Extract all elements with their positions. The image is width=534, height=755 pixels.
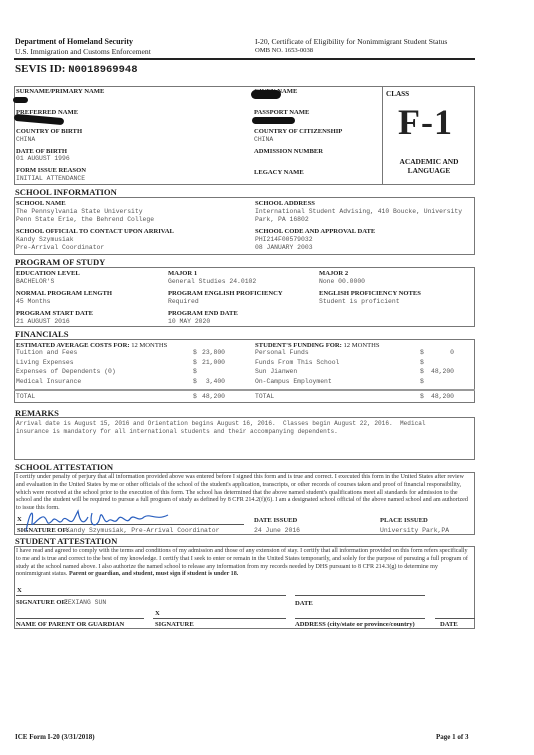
- major1-label: MAJOR 1: [168, 270, 197, 278]
- school-information-heading: SCHOOL INFORMATION: [15, 187, 117, 197]
- major2: None 00.0000: [319, 278, 365, 285]
- surname-label: SURNAME/PRIMARY NAME: [16, 88, 104, 96]
- education-level: BACHELOR'S: [16, 278, 54, 285]
- funding-label: STUDENT'S FUNDING FOR:: [255, 342, 342, 349]
- sub-agency-name: U.S. Immigration and Customs Enforcement: [15, 47, 151, 56]
- english-notes: Student is proficient: [319, 298, 400, 305]
- admission-number-label: ADMISSION NUMBER: [254, 148, 323, 156]
- program-length-label: NORMAL PROGRAM LENGTH: [16, 290, 112, 298]
- parent-address-label: ADDRESS (city/state or province/country): [295, 621, 415, 629]
- costs-label: ESTIMATED AVERAGE COSTS FOR:: [16, 342, 130, 349]
- major2-label: MAJOR 2: [319, 270, 348, 278]
- school-name-label: SCHOOL NAME: [16, 200, 66, 208]
- country-of-citizenship: CHINA: [254, 136, 273, 143]
- student-sign-x: X: [17, 587, 22, 595]
- date-of-birth: 01 AUGUST 1996: [16, 155, 70, 162]
- cost-item: Living Expenses: [16, 359, 74, 366]
- cost-item: Expenses of Dependents (0): [16, 368, 116, 375]
- funding-amount: 48,200: [427, 368, 454, 375]
- country-of-birth: CHINA: [16, 136, 35, 143]
- agency-name: Department of Homeland Security: [15, 37, 133, 46]
- school-official-title: Pre-Arrival Coordinator: [16, 244, 104, 251]
- student-signature-line[interactable]: [16, 595, 286, 596]
- form-issue-reason: INITIAL ATTENDANCE: [16, 175, 85, 182]
- redaction-surname: [13, 97, 28, 103]
- funding-currency: $: [420, 349, 424, 356]
- country-of-birth-label: COUNTRY OF BIRTH: [16, 128, 82, 136]
- funding-item: Personal Funds: [255, 349, 309, 356]
- funding-period: 12 MONTHS: [343, 342, 379, 349]
- parent-date-line[interactable]: [435, 618, 475, 619]
- student-signatory: ZEXIANG SUN: [64, 599, 106, 606]
- omb-number: OMB NO. 1653-0038: [255, 47, 313, 54]
- funding-item: Funds From This School: [255, 359, 339, 366]
- costs-total-currency: $: [193, 393, 197, 400]
- english-proficiency-label: PROGRAM ENGLISH PROFICIENCY: [168, 290, 283, 298]
- place-issued: University Park,PA: [380, 527, 449, 534]
- parent-date-label: DATE: [440, 621, 458, 629]
- student-date-line[interactable]: [295, 595, 425, 596]
- legacy-name-label: LEGACY NAME: [254, 169, 304, 177]
- program-end: 10 MAY 2020: [168, 318, 210, 325]
- form-identifier: ICE Form I-20 (3/31/2018): [15, 733, 95, 741]
- cost-amount: 21,000: [200, 359, 225, 366]
- form-title: I-20, Certificate of Eligibility for Non…: [255, 37, 447, 46]
- cost-amount: 3,400: [200, 378, 225, 385]
- cost-currency: $: [193, 359, 197, 366]
- funding-currency: $: [420, 378, 424, 385]
- student-attestation-heading: STUDENT ATTESTATION: [15, 536, 117, 546]
- funding-total: 48,200: [427, 393, 454, 400]
- remarks-line1: Arrival date is August 15, 2016 and Orie…: [16, 420, 426, 427]
- redaction-given-name: [251, 90, 281, 99]
- english-proficiency: Required: [168, 298, 199, 305]
- financials-heading: FINANCIALS: [15, 329, 68, 339]
- class-value: F-1: [398, 101, 453, 143]
- redaction-passport-name: [252, 117, 295, 124]
- program-start-label: PROGRAM START DATE: [16, 310, 93, 318]
- cost-currency: $: [193, 378, 197, 385]
- costs-period: 12 MONTHS: [131, 342, 167, 349]
- cost-item: Medical Insurance: [16, 378, 81, 385]
- costs-total: 48,200: [200, 393, 225, 400]
- school-approval-date: 08 JANUARY 2003: [255, 244, 313, 251]
- school-code: PHI214F00579032: [255, 236, 313, 243]
- date-issued: 24 June 2016: [254, 527, 300, 534]
- cost-currency: $: [193, 349, 197, 356]
- student-attestation-text: I have read and agreed to comply with th…: [16, 548, 473, 579]
- form-issue-reason-label: FORM ISSUE REASON: [16, 167, 86, 175]
- funding-currency: $: [420, 368, 424, 375]
- program-of-study-heading: PROGRAM OF STUDY: [15, 257, 105, 267]
- school-signatory: Kandy Szymusiak, Pre-Arrival Coordinator: [66, 527, 219, 534]
- date-issued-label: DATE ISSUED: [254, 517, 297, 525]
- school-address-line2: Park, PA 16802: [255, 216, 309, 223]
- cost-currency: $: [193, 368, 197, 375]
- country-of-citizenship-label: COUNTRY OF CITIZENSHIP: [254, 128, 342, 136]
- cost-amount: 23,800: [200, 349, 225, 356]
- parent-signature-line[interactable]: [153, 618, 286, 619]
- school-address-label: SCHOOL ADDRESS: [255, 200, 315, 208]
- page-number: Page 1 of 3: [436, 733, 468, 741]
- costs-total-label: TOTAL: [16, 393, 35, 400]
- sevis-label: SEVIS ID:: [15, 63, 65, 75]
- funding-item: Sun Jianwen: [255, 368, 297, 375]
- school-code-label: SCHOOL CODE AND APPROVAL DATE: [255, 228, 375, 236]
- passport-name-label: PASSPORT NAME: [254, 109, 309, 117]
- financials-total-rule: [14, 389, 475, 391]
- sevis-id-line: SEVIS ID: N0018969948: [15, 63, 138, 76]
- student-attestation-bold: Parent or guardian, and student, must si…: [69, 571, 238, 577]
- parent-name-line[interactable]: [16, 618, 144, 619]
- funding-currency: $: [420, 359, 424, 366]
- cost-item: Tuition and Fees: [16, 349, 77, 356]
- program-length: 45 Months: [16, 298, 51, 305]
- funding-item: On-Campus Employment: [255, 378, 332, 385]
- student-date-label: DATE: [295, 600, 313, 608]
- class-label: CLASS: [386, 90, 409, 98]
- parent-name-label: NAME OF PARENT OR GUARDIAN: [16, 621, 124, 629]
- english-notes-label: ENGLISH PROFICIENCY NOTES: [319, 290, 421, 298]
- school-official-name: Kandy Szymusiak: [16, 236, 74, 243]
- school-official-label: SCHOOL OFFICIAL TO CONTACT UPON ARRIVAL: [16, 228, 174, 236]
- funding-total-currency: $: [420, 393, 424, 400]
- funding-amount: 0: [427, 349, 454, 356]
- student-signature-of-label: SIGNATURE OF:: [16, 599, 68, 607]
- school-address-line1: International Student Advising, 410 Bouc…: [255, 208, 462, 215]
- school-signature-of-label: SIGNATURE OF:: [17, 527, 69, 535]
- school-name-line1: The Pennsylvania State University: [16, 208, 143, 215]
- header-rule: [14, 58, 475, 60]
- remarks-line2: insurance is mandatory for all internati…: [16, 428, 338, 435]
- parent-sign-x: X: [155, 610, 160, 618]
- major1: General Studies 24.0102: [168, 278, 256, 285]
- sevis-id: N0018969948: [68, 64, 137, 76]
- school-name-line2: Penn State Erie, the Behrend College: [16, 216, 154, 223]
- funding-total-label: TOTAL: [255, 393, 274, 400]
- class-description: ACADEMIC AND LANGUAGE: [386, 158, 472, 175]
- program-end-label: PROGRAM END DATE: [168, 310, 238, 318]
- school-attestation-heading: SCHOOL ATTESTATION: [15, 462, 113, 472]
- parent-address-line[interactable]: [295, 618, 425, 619]
- parent-signature-label: SIGNATURE: [155, 621, 194, 629]
- place-issued-label: PLACE ISSUED: [380, 517, 428, 525]
- program-start: 21 AUGUST 2016: [16, 318, 70, 325]
- education-level-label: EDUCATION LEVEL: [16, 270, 80, 278]
